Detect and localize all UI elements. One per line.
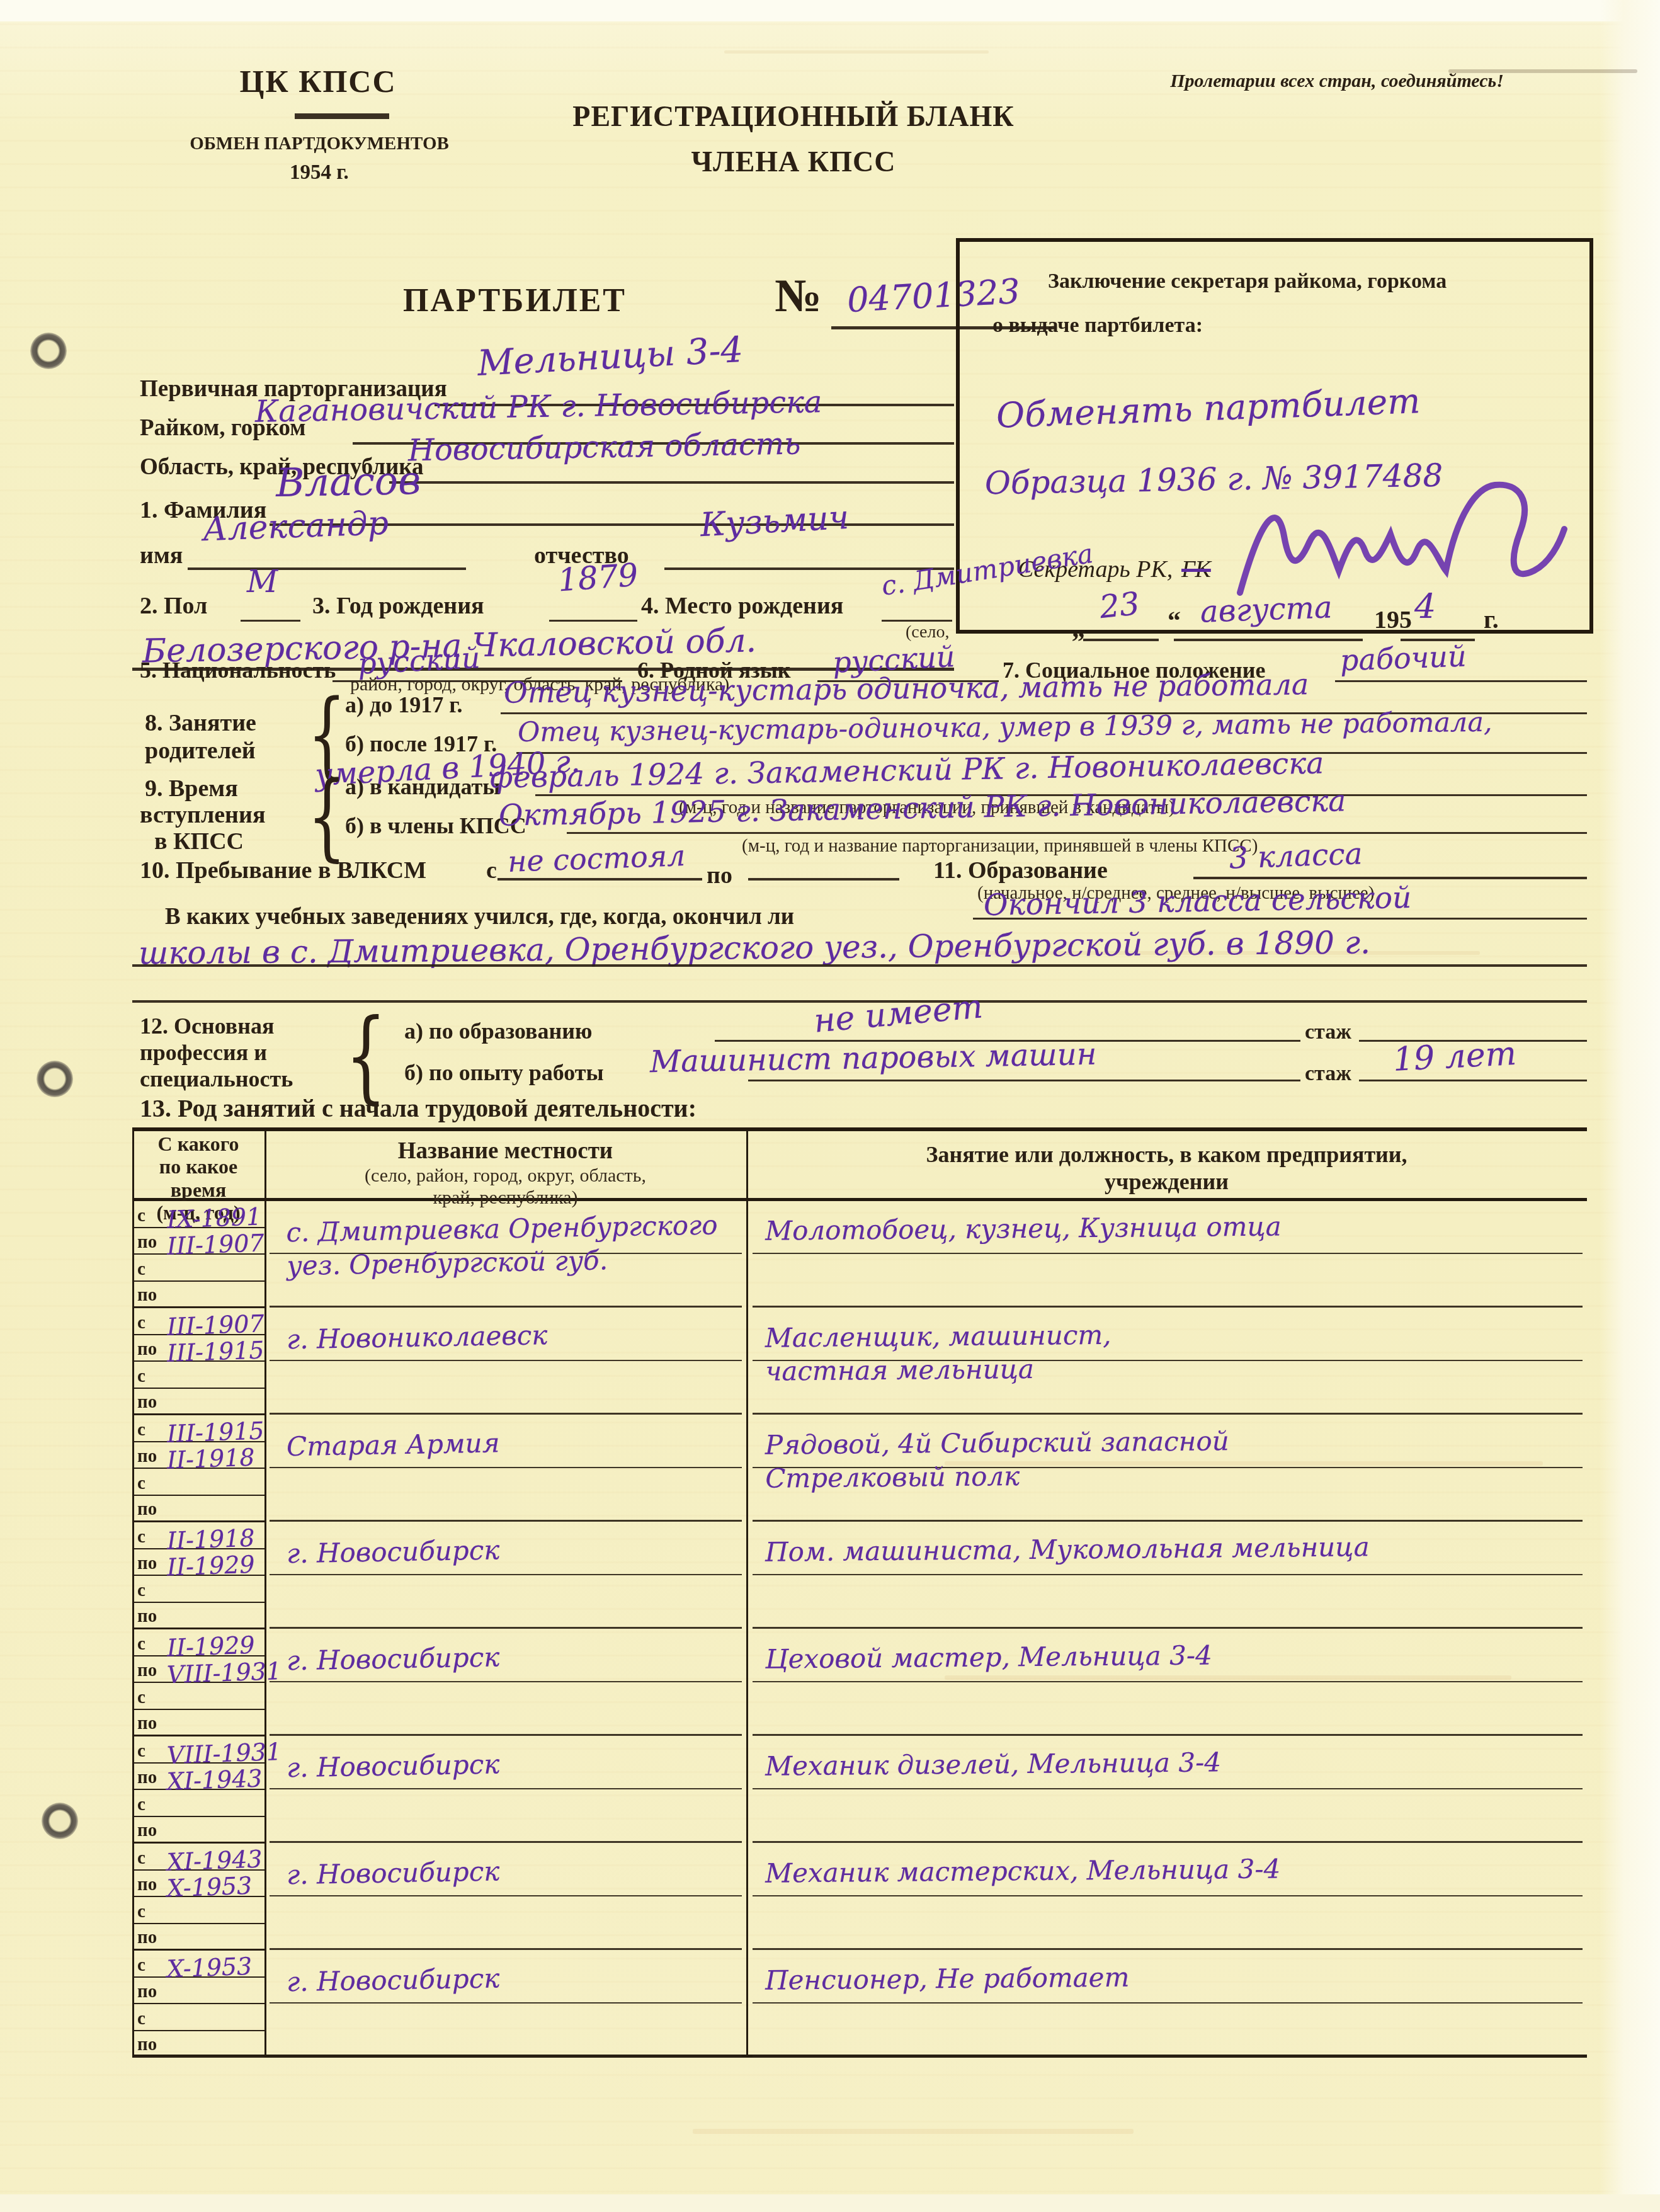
ruled-line xyxy=(753,1948,1583,1950)
date-quote-close: “ xyxy=(1168,606,1181,636)
work-history-title: 13. Род занятий с начала трудовой деятел… xyxy=(140,1093,696,1123)
birth-place-underline xyxy=(882,620,952,622)
ruled-line xyxy=(753,1520,1583,1522)
education-underline xyxy=(1193,877,1587,879)
table-row-dates: сIII-1915поII-1918спо xyxy=(134,1415,264,1522)
schools-underline2 xyxy=(132,964,1587,967)
ruled-line xyxy=(270,1467,742,1468)
date-line: с xyxy=(134,1683,264,1710)
social-underline xyxy=(1335,680,1587,682)
date-line: с xyxy=(134,1362,264,1389)
ruled-line xyxy=(753,1681,1583,1682)
date-line: сVIII-1931 xyxy=(134,1736,264,1764)
profession-edu-value: не имеет xyxy=(812,988,984,1040)
ruled-line xyxy=(270,1574,742,1575)
date-year-print: 195 xyxy=(1374,605,1412,634)
conclusion-title-line2: о выдаче партбилета: xyxy=(992,314,1203,338)
date-prefix: с xyxy=(137,1634,145,1655)
table-row: сIII-1907поIII-1915спог. НовониколаевскМ… xyxy=(132,1308,1587,1415)
letterhead-line2: ОБМЕН ПАРТДОКУМЕНТОВ xyxy=(184,134,455,154)
entry-brace: { xyxy=(307,770,346,864)
ruled-line xyxy=(753,1627,1583,1629)
occupation-value: Цеховой мастер, Мельница 3-4 xyxy=(765,1636,1584,1676)
profession-exp-staj-value: 19 лет xyxy=(1392,1035,1518,1079)
date-line: по xyxy=(134,1710,264,1737)
date-line: сIX-1891 xyxy=(134,1201,264,1228)
ruled-line xyxy=(270,1360,742,1361)
ruled-line xyxy=(270,1681,742,1682)
date-year-suffix: г. xyxy=(1484,605,1499,634)
form-title-line2: ЧЛЕНА КПСС xyxy=(535,145,1052,178)
date-prefix: с xyxy=(137,1473,145,1494)
date-prefix: по xyxy=(137,1713,157,1734)
komsomol-label: 10. Пребывание в ВЛКСМ xyxy=(140,857,426,884)
scan-edge-bottom xyxy=(0,2194,1660,2212)
partbilet-no-sign: № xyxy=(775,270,821,323)
date-line: по xyxy=(134,1817,264,1844)
ruled-line xyxy=(270,1841,742,1843)
scan-edge-top xyxy=(0,0,1660,21)
komsomol-from-underline xyxy=(497,878,702,881)
birth-place-label: 4. Место рождения xyxy=(641,592,843,620)
parents-title-line1: 8. Занятие xyxy=(145,709,256,737)
table-row: сII-1929поVIII-1931спог. НовосибирскЦехо… xyxy=(132,1629,1587,1736)
date-prefix: по xyxy=(137,1660,157,1681)
occupation-value: Рядовой, 4й Сибирский запасной Стрелковы… xyxy=(765,1422,1584,1495)
letterhead-year: 1954 г. xyxy=(184,161,455,185)
name-underline xyxy=(188,567,466,570)
ruled-line xyxy=(270,1734,742,1736)
ruled-line xyxy=(753,1841,1583,1843)
ruled-line xyxy=(270,1788,742,1789)
member-caption: (м-ц, год и название парторганизации, пр… xyxy=(742,836,1258,857)
date-prefix: с xyxy=(137,1206,145,1226)
profession-title-line2: профессия и xyxy=(140,1039,267,1066)
date-line: по xyxy=(134,1389,264,1416)
date-prefix: по xyxy=(137,1820,157,1841)
name-value: Александр xyxy=(202,505,389,549)
date-prefix: по xyxy=(137,1339,157,1360)
table-row-dates: сX-1953поспо xyxy=(134,1951,264,2058)
surname-value: Власов xyxy=(275,457,421,506)
date-prefix: с xyxy=(137,1901,145,1922)
table-row-dates: сII-1918поII-1929спо xyxy=(134,1522,264,1629)
nationality-value: русский xyxy=(357,641,481,681)
ruled-line xyxy=(270,1520,742,1522)
entry-title-line1: 9. Время xyxy=(145,775,238,802)
table-row-dates: сII-1929поVIII-1931спо xyxy=(134,1629,264,1736)
ruled-line xyxy=(270,2002,742,2004)
date-prefix: по xyxy=(137,1499,157,1520)
date-prefix: с xyxy=(137,1527,145,1548)
education-label: 11. Образование xyxy=(933,857,1108,884)
entry-title-line3: в КПСС xyxy=(154,828,244,855)
date-line: по xyxy=(134,1924,264,1951)
profession-exp-staj-label: стаж xyxy=(1305,1062,1351,1086)
date-line: с xyxy=(134,1255,264,1282)
birth-year-underline xyxy=(549,620,637,622)
ruled-line xyxy=(270,1413,742,1415)
ruled-line xyxy=(753,2002,1583,2004)
punch-hole xyxy=(37,1061,73,1097)
place-value: г. Новосибирск xyxy=(287,1637,741,1678)
partbilet-label: ПАРТБИЛЕТ xyxy=(403,282,627,319)
occupation-value: Пенсионер, Не работает xyxy=(765,1957,1584,1997)
social-value: рабочий xyxy=(1339,639,1467,678)
occupation-value: Механик мастерских, Мельница 3-4 xyxy=(765,1850,1584,1890)
place-value: г. Новосибирск xyxy=(287,1530,741,1571)
date-line: с xyxy=(134,1790,264,1817)
scan-noise xyxy=(693,2129,1134,2134)
slogan: Пролетарии всех стран, соединяйтесь! xyxy=(1038,71,1504,92)
date-line: сII-1918 xyxy=(134,1522,264,1549)
date-prefix: с xyxy=(137,1420,145,1440)
place-value: с. Дмитриевка Оренбургского уез. Оренбур… xyxy=(286,1209,741,1283)
date-line: с xyxy=(134,1469,264,1496)
patronymic-value: Кузьмич xyxy=(700,499,850,544)
table-row: сVIII-1931поXI-1943спог. НовосибирскМеха… xyxy=(132,1736,1587,1844)
profession-exp-label: б) по опыту работы xyxy=(404,1059,604,1086)
date-line: поII-1929 xyxy=(134,1549,264,1576)
date-line: по xyxy=(134,1496,264,1523)
date-prefix: по xyxy=(137,1874,157,1895)
profession-exp-staj-underline xyxy=(1359,1080,1587,1081)
date-line: с xyxy=(134,1897,264,1924)
table-row-dates: сIX-1891поIII-1907спо xyxy=(134,1201,264,1308)
conclusion-title-line1: Заключение секретаря райкома, горкома xyxy=(1048,270,1447,294)
scan-edge-right xyxy=(1600,0,1660,2212)
date-line: по xyxy=(134,1978,264,2005)
table-border-top xyxy=(132,1127,1587,1131)
date-line: сII-1929 xyxy=(134,1629,264,1656)
birth-year-value: 1879 xyxy=(557,557,639,599)
profession-exp-value: Машинист паровых машин xyxy=(650,1037,1097,1080)
schools-value1: Окончил 3 класса сельской xyxy=(984,881,1412,923)
schools-label: В каких учебных заведениях учился, где, … xyxy=(165,903,794,930)
place-value: Старая Армия xyxy=(287,1423,741,1464)
letterhead-org: ЦК КПСС xyxy=(214,63,422,100)
date-prefix: по xyxy=(137,1232,157,1253)
date-prefix: с xyxy=(137,1955,145,1976)
date-prefix: по xyxy=(137,1553,157,1574)
occupation-value: Масленщик, машинист, частная мельница xyxy=(765,1314,1584,1388)
profession-brace: { xyxy=(345,1005,387,1106)
date-year-hand: 4 xyxy=(1414,587,1436,627)
date-prefix: по xyxy=(137,1392,157,1413)
date-line: сIII-1915 xyxy=(134,1415,264,1442)
name-label: имя xyxy=(140,542,183,569)
date-prefix: с xyxy=(137,1366,145,1387)
ruled-line xyxy=(270,2055,742,2057)
ruled-line xyxy=(753,1734,1583,1736)
date-prefix: с xyxy=(137,1848,145,1869)
sex-label: 2. Пол xyxy=(140,592,207,620)
ruled-line xyxy=(270,1627,742,1629)
letterhead-rule xyxy=(295,113,389,119)
date-prefix: с xyxy=(137,1687,145,1708)
date-line: с xyxy=(134,2004,264,2031)
member-underline xyxy=(567,832,1587,834)
date-line: поXI-1943 xyxy=(134,1764,264,1791)
date-prefix: с xyxy=(137,1259,145,1280)
date-line: сX-1953 xyxy=(134,1951,264,1978)
date-line: поX-1953 xyxy=(134,1871,264,1898)
scan-noise xyxy=(724,50,989,54)
date-line: по xyxy=(134,1603,264,1630)
table-row: сX-1953поспог. НовосибирскПенсионер, Не … xyxy=(132,1951,1587,2058)
ruled-line xyxy=(753,1895,1583,1896)
work-history-table: С какого по какое время (м-ц, год) Назва… xyxy=(132,1127,1587,2056)
date-line: по xyxy=(134,2031,264,2058)
punch-hole xyxy=(30,333,67,369)
place-value: г. Новониколаевск xyxy=(287,1316,741,1357)
secretary-struck-gk: ГК xyxy=(1181,556,1211,583)
occupation-value: Механик дизелей, Мельница 3-4 xyxy=(765,1743,1584,1783)
table-col2-header: Название местности xyxy=(268,1137,743,1165)
form-title-line1: РЕГИСТРАЦИОННЫЙ БЛАНК xyxy=(535,100,1052,133)
profession-title-line1: 12. Основная xyxy=(140,1013,275,1039)
occupation-value: Молотобоец, кузнец, Кузница отца xyxy=(765,1207,1584,1248)
punch-hole xyxy=(42,1803,78,1839)
date-line: сIII-1907 xyxy=(134,1308,264,1335)
sex-underline xyxy=(241,620,300,622)
date-month-underline xyxy=(1174,639,1363,641)
ruled-line xyxy=(753,1788,1583,1789)
date-line: сXI-1943 xyxy=(134,1844,264,1871)
ruled-line xyxy=(753,2055,1583,2057)
date-prefix: по xyxy=(137,1767,157,1788)
date-prefix: с xyxy=(137,1794,145,1815)
profession-edu-label: а) по образованию xyxy=(404,1018,593,1044)
date-line: поIII-1907 xyxy=(134,1228,264,1255)
place-value: г. Новосибирск xyxy=(287,1744,741,1785)
candidate-label: а) в кандидаты xyxy=(345,773,500,800)
date-prefix: с xyxy=(137,1741,145,1762)
parents-title-line2: родителей xyxy=(145,737,256,765)
birth-year-label: 3. Год рождения xyxy=(312,592,484,620)
table-row-dates: сIII-1907поIII-1915спо xyxy=(134,1308,264,1415)
parents-before-label: а) до 1917 г. xyxy=(345,692,463,718)
ruled-line xyxy=(753,1253,1583,1254)
conclusion-hand-line1: Обменять партбилет xyxy=(996,380,1421,435)
date-prefix: по xyxy=(137,1606,157,1627)
ruled-line xyxy=(753,1574,1583,1575)
date-prefix: с xyxy=(137,1580,145,1601)
komsomol-to-label: по xyxy=(707,862,732,889)
komsomol-from-label: с xyxy=(486,857,497,884)
date-day-underline xyxy=(1083,639,1159,641)
date-line: поIII-1915 xyxy=(134,1335,264,1362)
table-row: сIX-1891поIII-1907спос. Дмитриевка Оренб… xyxy=(132,1201,1587,1308)
ruled-line xyxy=(270,1306,742,1308)
komsomol-from-value: не состоял xyxy=(507,838,686,879)
ruled-line xyxy=(270,1948,742,1950)
table-row-dates: сVIII-1931поXI-1943спо xyxy=(134,1736,264,1844)
ruled-line xyxy=(753,1306,1583,1308)
date-month: августа xyxy=(1200,590,1333,629)
table-row: сXI-1943поX-1953спог. НовосибирскМеханик… xyxy=(132,1844,1587,1951)
profession-exp-underline xyxy=(748,1080,1300,1081)
date-prefix: по xyxy=(137,2034,157,2055)
date-line: поII-1918 xyxy=(134,1442,264,1469)
table-row-dates: сXI-1943поX-1953спо xyxy=(134,1844,264,1951)
entry-title-line2: вступления xyxy=(140,801,265,829)
table-row: сIII-1915поII-1918споСтарая АрмияРядовой… xyxy=(132,1415,1587,1522)
date-prefix: по xyxy=(137,1927,157,1948)
ruled-line xyxy=(270,1895,742,1896)
ruled-line xyxy=(753,1413,1583,1415)
schools-underline1 xyxy=(973,918,1587,920)
place-value: г. Новосибирск xyxy=(287,1958,741,1999)
date-prefix: с xyxy=(137,1313,145,1333)
date-line: по xyxy=(134,1282,264,1309)
date-line: с xyxy=(134,1576,264,1603)
profession-title-line3: специальность xyxy=(140,1066,293,1092)
date-day: 23 xyxy=(1098,585,1141,625)
place-value: г. Новосибирск xyxy=(287,1851,741,1892)
profession-edu-staj-label: стаж xyxy=(1305,1020,1351,1044)
education-value: 3 класса xyxy=(1229,836,1363,875)
oblast-underline xyxy=(389,481,954,484)
date-prefix: по xyxy=(137,1446,157,1467)
registration-form-scan: ЦК КПСС ОБМЕН ПАРТДОКУМЕНТОВ 1954 г. РЕГ… xyxy=(0,0,1660,2212)
date-prefix: по xyxy=(137,1285,157,1306)
date-prefix: по xyxy=(137,1981,157,2002)
komsomol-to-underline xyxy=(748,878,899,881)
table-row: сII-1918поII-1929спог. НовосибирскПом. м… xyxy=(132,1522,1587,1629)
date-line: поVIII-1931 xyxy=(134,1656,264,1684)
date-prefix: с xyxy=(137,2009,145,2029)
nationality-label: 5. Национальность xyxy=(140,657,336,683)
table-col3-header: Занятие или должность, в каком предприят… xyxy=(749,1141,1584,1195)
oblast-value: Новосибирская область xyxy=(408,426,801,469)
occupation-value: Пом. машиниста, Мукомольная мельница xyxy=(765,1529,1584,1569)
primary-org-value: Мельницы 3-4 xyxy=(477,329,744,384)
sex-value: М xyxy=(247,564,278,600)
